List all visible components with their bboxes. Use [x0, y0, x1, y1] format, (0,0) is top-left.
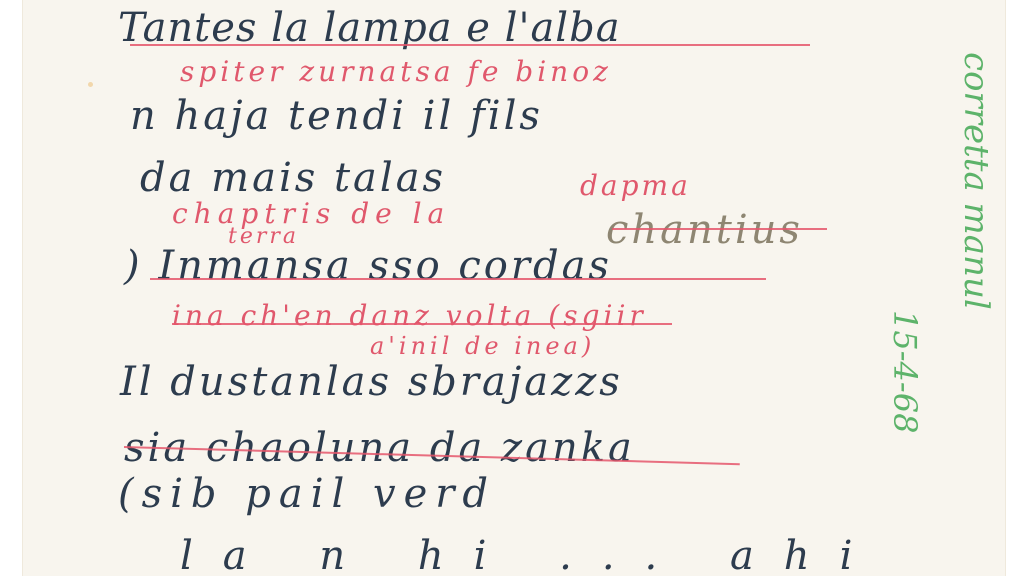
margin-note-date-text: 15-4-68: [886, 310, 924, 433]
strikethrough-line-1: [130, 44, 810, 46]
manuscript-line-8: chantius: [606, 210, 803, 250]
manuscript-line-2: spiter zurnatsa fe binoz: [180, 58, 612, 86]
manuscript-line-12: Il dustanlas sbrajazzs: [120, 362, 623, 402]
manuscript-line-4: da mais talas: [140, 158, 446, 198]
margin-note-text: corretta manul: [956, 52, 996, 310]
manuscript-line-10: ina ch'en danz volta (sgiir: [172, 302, 647, 330]
manuscript-line-15: la n hi ... ahi: [180, 536, 882, 576]
strikethrough-line-8: [612, 228, 827, 230]
manuscript-line-3: n haja tendi il fils: [130, 96, 543, 136]
paper-stain: [88, 82, 93, 87]
margin-note: corretta manul: [956, 52, 996, 310]
margin-note-date: 15-4-68: [886, 310, 924, 433]
strikethrough-line-9: [150, 278, 766, 280]
manuscript-line-6: chaptris de la: [172, 200, 450, 228]
manuscript-line-11: a'inil de inea): [370, 334, 595, 358]
manuscript-line-9: ) Inmansa sso cordas: [124, 246, 612, 286]
manuscript-line-5: dapma: [580, 172, 691, 200]
manuscript-line-14: (sib pail verd: [118, 474, 496, 514]
manuscript-line-1: Tantes la lampa e l'alba: [118, 8, 621, 48]
strikethrough-line-10: [172, 323, 672, 325]
